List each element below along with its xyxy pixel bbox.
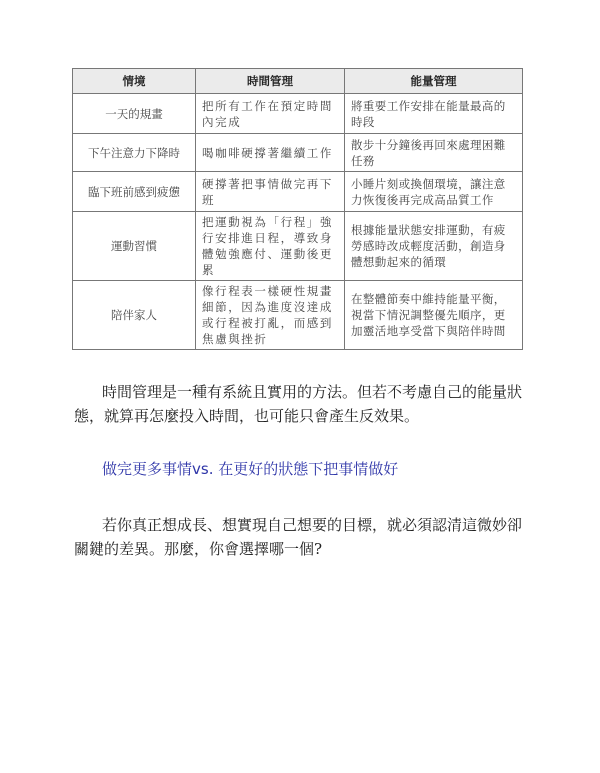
cell-time: 把所有工作在預定時間內完成	[196, 94, 345, 134]
cell-time: 把運動視為「行程」強行安排進日程，導致身體勉強應付、運動後更累	[196, 212, 345, 281]
table-header-row: 情境 時間管理 能量管理	[73, 69, 523, 94]
cell-time: 像行程表一樣硬性規畫細節，因為進度沒達成或行程被打亂，而感到焦慮與挫折	[196, 281, 345, 350]
section-heading: 做完更多事情vs. 在更好的狀態下把事情做好	[102, 458, 398, 479]
paragraph-time-management: 時間管理是一種有系統且實用的方法。但若不考慮自己的能量狀態，就算再怎麼投入時間，…	[102, 380, 532, 428]
cell-time: 喝咖啡硬撐著繼續工作	[196, 134, 345, 172]
table-row: 臨下班前感到疲憊 硬撐著把事情做完再下班 小睡片刻或換個環境，讓注意力恢復後再完…	[73, 172, 523, 212]
paragraph-choice: 若你真正想成長、想實現自己想要的目標，就必須認清這微妙卻關鍵的差異。那麼，你會選…	[102, 513, 532, 561]
cell-energy: 根據能量狀態安排運動，有疲勞感時改成輕度活動，創造身體想動起來的循環	[345, 212, 523, 281]
cell-energy: 將重要工作安排在能量最高的時段	[345, 94, 523, 134]
cell-energy: 在整體節奏中維持能量平衡，視當下情況調整優先順序，更加靈活地享受當下與陪伴時間	[345, 281, 523, 350]
cell-energy: 散步十分鐘後再回來處理困難任務	[345, 134, 523, 172]
document-page: 情境 時間管理 能量管理 一天的規畫 把所有工作在預定時間內完成 將重要工作安排…	[0, 0, 600, 773]
table-row: 一天的規畫 把所有工作在預定時間內完成 將重要工作安排在能量最高的時段	[73, 94, 523, 134]
paragraph-text: 若你真正想成長、想實現自己想要的目標，就必須認清這微妙卻關鍵的差異。那麼，你會選…	[74, 513, 532, 561]
table-row: 下午注意力下降時 喝咖啡硬撐著繼續工作 散步十分鐘後再回來處理困難任務	[73, 134, 523, 172]
comparison-table: 情境 時間管理 能量管理 一天的規畫 把所有工作在預定時間內完成 將重要工作安排…	[72, 68, 523, 350]
header-scenario: 情境	[73, 69, 196, 94]
paragraph-text: 時間管理是一種有系統且實用的方法。但若不考慮自己的能量狀態，就算再怎麼投入時間，…	[74, 380, 532, 428]
table-row: 陪伴家人 像行程表一樣硬性規畫細節，因為進度沒達成或行程被打亂，而感到焦慮與挫折…	[73, 281, 523, 350]
header-energy-management: 能量管理	[345, 69, 523, 94]
cell-scenario: 一天的規畫	[73, 94, 196, 134]
table-row: 運動習慣 把運動視為「行程」強行安排進日程，導致身體勉強應付、運動後更累 根據能…	[73, 212, 523, 281]
cell-scenario: 下午注意力下降時	[73, 134, 196, 172]
cell-scenario: 臨下班前感到疲憊	[73, 172, 196, 212]
cell-time: 硬撐著把事情做完再下班	[196, 172, 345, 212]
header-time-management: 時間管理	[196, 69, 345, 94]
cell-scenario: 陪伴家人	[73, 281, 196, 350]
cell-energy: 小睡片刻或換個環境，讓注意力恢復後再完成高品質工作	[345, 172, 523, 212]
cell-scenario: 運動習慣	[73, 212, 196, 281]
